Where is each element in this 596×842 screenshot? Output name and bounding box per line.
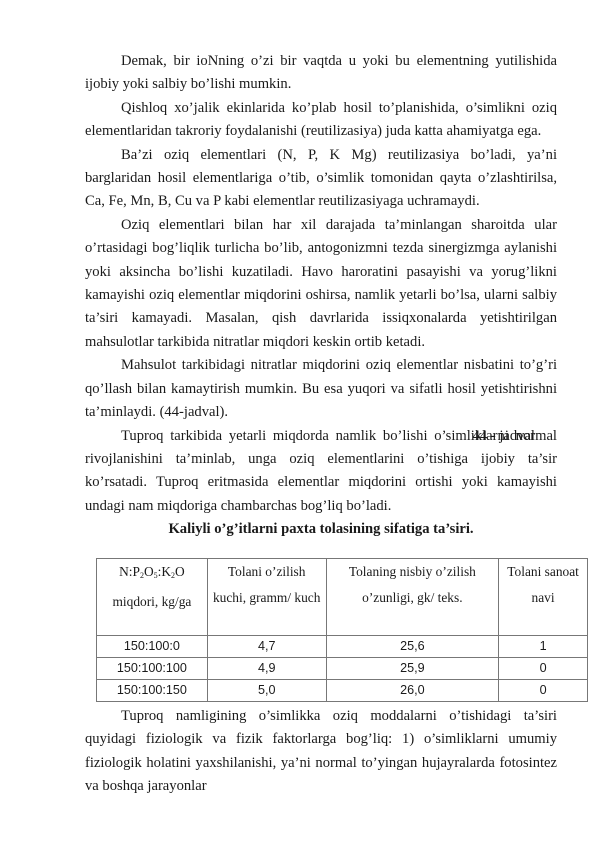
cell-npk: 150:100:100 xyxy=(97,658,208,680)
paragraph-5: Mahsulot tarkibidagi nitratlar miqdorini… xyxy=(85,354,557,424)
table-row: 150:100:100 4,9 25,9 0 xyxy=(97,658,588,680)
header-industrial-grade: Tolani sanoat navi xyxy=(499,559,588,636)
document-page: Demak, bir ioNning o’zi bir vaqtda u yok… xyxy=(85,50,557,541)
paragraph-1: Demak, bir ioNning o’zi bir vaqtda u yok… xyxy=(85,50,557,97)
cell-elongation: 26,0 xyxy=(326,680,499,702)
paragraph-7: Tuproq namligining o’simlikka oziq modda… xyxy=(85,705,557,799)
header-breaking-strength: Tolani o’zilish kuchi, gramm/ kuch xyxy=(207,559,326,636)
header-npk-ratio: N:P2O5:K2O miqdori, kg/ga xyxy=(97,559,208,636)
paragraph-3: Ba’zi oziq elementlari (N, P, K Mg) reut… xyxy=(85,144,557,214)
cell-grade: 0 xyxy=(499,680,588,702)
cell-elongation: 25,9 xyxy=(326,658,499,680)
cell-strength: 4,7 xyxy=(207,636,326,658)
cell-strength: 4,9 xyxy=(207,658,326,680)
after-table-section: Tuproq namligining o’simlikka oziq modda… xyxy=(85,705,557,799)
table-row: 150:100:0 4,7 25,6 1 xyxy=(97,636,588,658)
table-row: 150:100:150 5,0 26,0 0 xyxy=(97,680,588,702)
cell-elongation: 25,6 xyxy=(326,636,499,658)
cell-npk: 150:100:150 xyxy=(97,680,208,702)
cell-grade: 1 xyxy=(499,636,588,658)
paragraph-4: Oziq elementlari bilan har xil darajada … xyxy=(85,214,557,354)
paragraph-6-wrapper: Tuproq tarkibida yetarli miqdorda namlik… xyxy=(85,425,557,519)
cell-grade: 0 xyxy=(499,658,588,680)
table-title: Kaliyli o’g’itlarni paxta tolasining sif… xyxy=(85,518,557,541)
cell-strength: 5,0 xyxy=(207,680,326,702)
header-relative-elongation: Tolaning nisbiy o’zilish o’zunligi, gk/ … xyxy=(326,559,499,636)
table-header-row: N:P2O5:K2O miqdori, kg/ga Tolani o’zilis… xyxy=(97,559,588,636)
cell-npk: 150:100:0 xyxy=(97,636,208,658)
fertilizer-quality-table: N:P2O5:K2O miqdori, kg/ga Tolani o’zilis… xyxy=(96,558,588,702)
table-number: 44 - jadval xyxy=(473,425,535,519)
paragraph-2: Qishloq xo’jalik ekinlarida ko’plab hosi… xyxy=(85,97,557,144)
